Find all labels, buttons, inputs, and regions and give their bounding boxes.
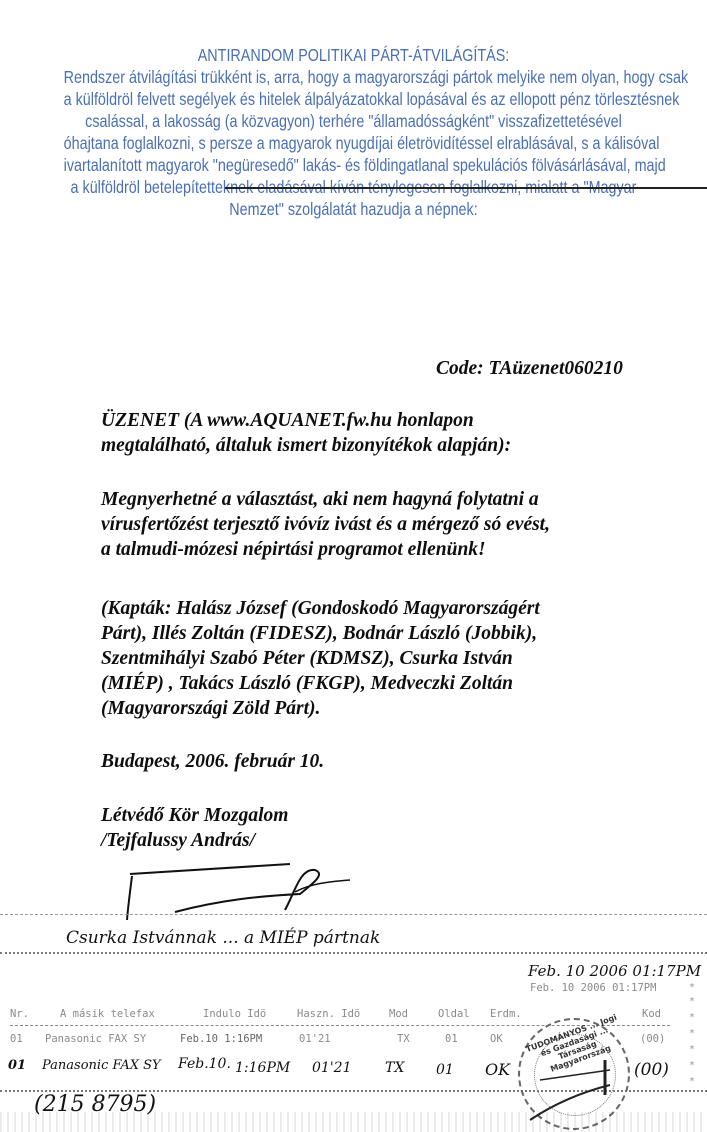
row-code: (00) bbox=[640, 1033, 665, 1045]
author-name: /Tejfalussy András/ bbox=[101, 828, 288, 853]
recipients-line: (MIÉP) , Takács László (FKGP), Medveczki… bbox=[101, 671, 540, 696]
star-mark: * bbox=[689, 1028, 695, 1039]
row-result: OK bbox=[490, 1033, 503, 1045]
hw-remote-fax: Panasonic FAX SY bbox=[42, 1058, 161, 1073]
hw-date: Feb.10. bbox=[178, 1056, 231, 1072]
header-line: óhajtana foglalkozni, s persze a magyaro… bbox=[64, 132, 644, 154]
scan-noise bbox=[0, 1112, 707, 1132]
header-line: Nemzet" szolgálatát hazudja a népnek: bbox=[64, 198, 644, 220]
star-mark: * bbox=[689, 1012, 695, 1023]
handwritten-datetime: Feb. 10 2006 01:17PM bbox=[528, 962, 701, 980]
fax-divider bbox=[0, 914, 707, 915]
header-line: a külföldröl felvett segélyek és hitelek… bbox=[64, 88, 644, 110]
hw-time: 1:16PM bbox=[235, 1060, 290, 1076]
row-start-time: Feb.10 1:16PM bbox=[180, 1033, 262, 1045]
header-line: Rendszer átvilágítási trükként is, arra,… bbox=[64, 66, 644, 88]
row-remote-fax: Panasonic FAX SY bbox=[45, 1033, 146, 1045]
header-line: ivartalanított magyarok "negüresedő" lak… bbox=[64, 154, 644, 176]
hw-usage: 01'21 bbox=[312, 1060, 351, 1076]
row-pages: 01 bbox=[445, 1033, 458, 1045]
hw-result: OK bbox=[485, 1060, 510, 1079]
message-heading-line: ÜZENET (A www.AQUANET.fw.hu honlapon bbox=[101, 408, 511, 433]
star-mark: * bbox=[689, 982, 695, 993]
recipients-line: (Kapták: Halász József (Gondoskodó Magya… bbox=[101, 596, 540, 621]
col-start-time: Indulo Idö bbox=[203, 1008, 266, 1020]
star-mark: * bbox=[689, 996, 695, 1007]
message-heading-line: megtalálható, általuk ismert bizonyítéko… bbox=[101, 433, 511, 458]
star-mark: * bbox=[689, 1076, 695, 1087]
hw-mode: TX bbox=[385, 1060, 404, 1076]
header-block: ANTIRANDOM POLITIKAI PÁRT-ÁTVILÁGÍTÁS: R… bbox=[64, 44, 644, 220]
recipients: (Kapták: Halász József (Gondoskodó Magya… bbox=[101, 596, 540, 721]
col-pages: Oldal bbox=[438, 1008, 470, 1020]
signature-icon bbox=[100, 862, 360, 922]
col-mode: Mod bbox=[389, 1008, 408, 1020]
place-date: Budapest, 2006. február 10. bbox=[101, 749, 324, 774]
printed-datetime: Feb. 10 2006 01:17PM bbox=[530, 982, 656, 994]
horizontal-rule bbox=[225, 187, 707, 189]
col-remote-fax: A másik telefax bbox=[60, 1008, 155, 1020]
recipients-line: (Magyarországi Zöld Párt). bbox=[101, 696, 540, 721]
document-code: Code: TAüzenet060210 bbox=[436, 356, 623, 381]
row-mode: TX bbox=[397, 1033, 410, 1045]
col-code: Kod bbox=[642, 1008, 661, 1020]
hw-code: (00) bbox=[634, 1060, 669, 1080]
star-mark: * bbox=[689, 1044, 695, 1055]
star-mark: * bbox=[689, 1060, 695, 1071]
handwritten-note: Csurka Istvánnak ... a MIÉP pártnak bbox=[66, 928, 380, 948]
row-usage-time: 01'21 bbox=[299, 1033, 331, 1045]
message-line: a talmudi-mózesi népirtási programot ell… bbox=[101, 537, 550, 562]
message-line: vírusfertőzést terjesztő ivóvíz ivást és… bbox=[101, 512, 550, 537]
signature-block: Létvédő Kör Mozgalom /Tejfalussy András/ bbox=[101, 803, 288, 853]
message-line: Megnyerhetné a választást, aki nem hagyn… bbox=[101, 487, 550, 512]
header-title: ANTIRANDOM POLITIKAI PÁRT-ÁTVILÁGÍTÁS: bbox=[64, 44, 644, 66]
recipients-line: Párt), Illés Zoltán (FIDESZ), Bodnár Lás… bbox=[101, 621, 540, 646]
header-line: csalással, a lakosság (a közvagyon) terh… bbox=[64, 110, 644, 132]
recipients-line: Szentmihályi Szabó Péter (KDMSZ), Csurka… bbox=[101, 646, 540, 671]
message-body: Megnyerhetné a választást, aki nem hagyn… bbox=[101, 487, 550, 562]
col-usage-time: Haszn. Idö bbox=[297, 1008, 360, 1020]
fax-star-row bbox=[0, 952, 707, 954]
organization-name: Létvédő Kör Mozgalom bbox=[101, 803, 288, 828]
col-result: Erdm. bbox=[490, 1008, 522, 1020]
hw-pages: 01 bbox=[436, 1062, 454, 1078]
col-nr: Nr. bbox=[10, 1008, 29, 1020]
message-heading: ÜZENET (A www.AQUANET.fw.hu honlapon meg… bbox=[101, 408, 511, 458]
hw-nr: 01 bbox=[8, 1058, 26, 1073]
row-nr: 01 bbox=[10, 1033, 23, 1045]
